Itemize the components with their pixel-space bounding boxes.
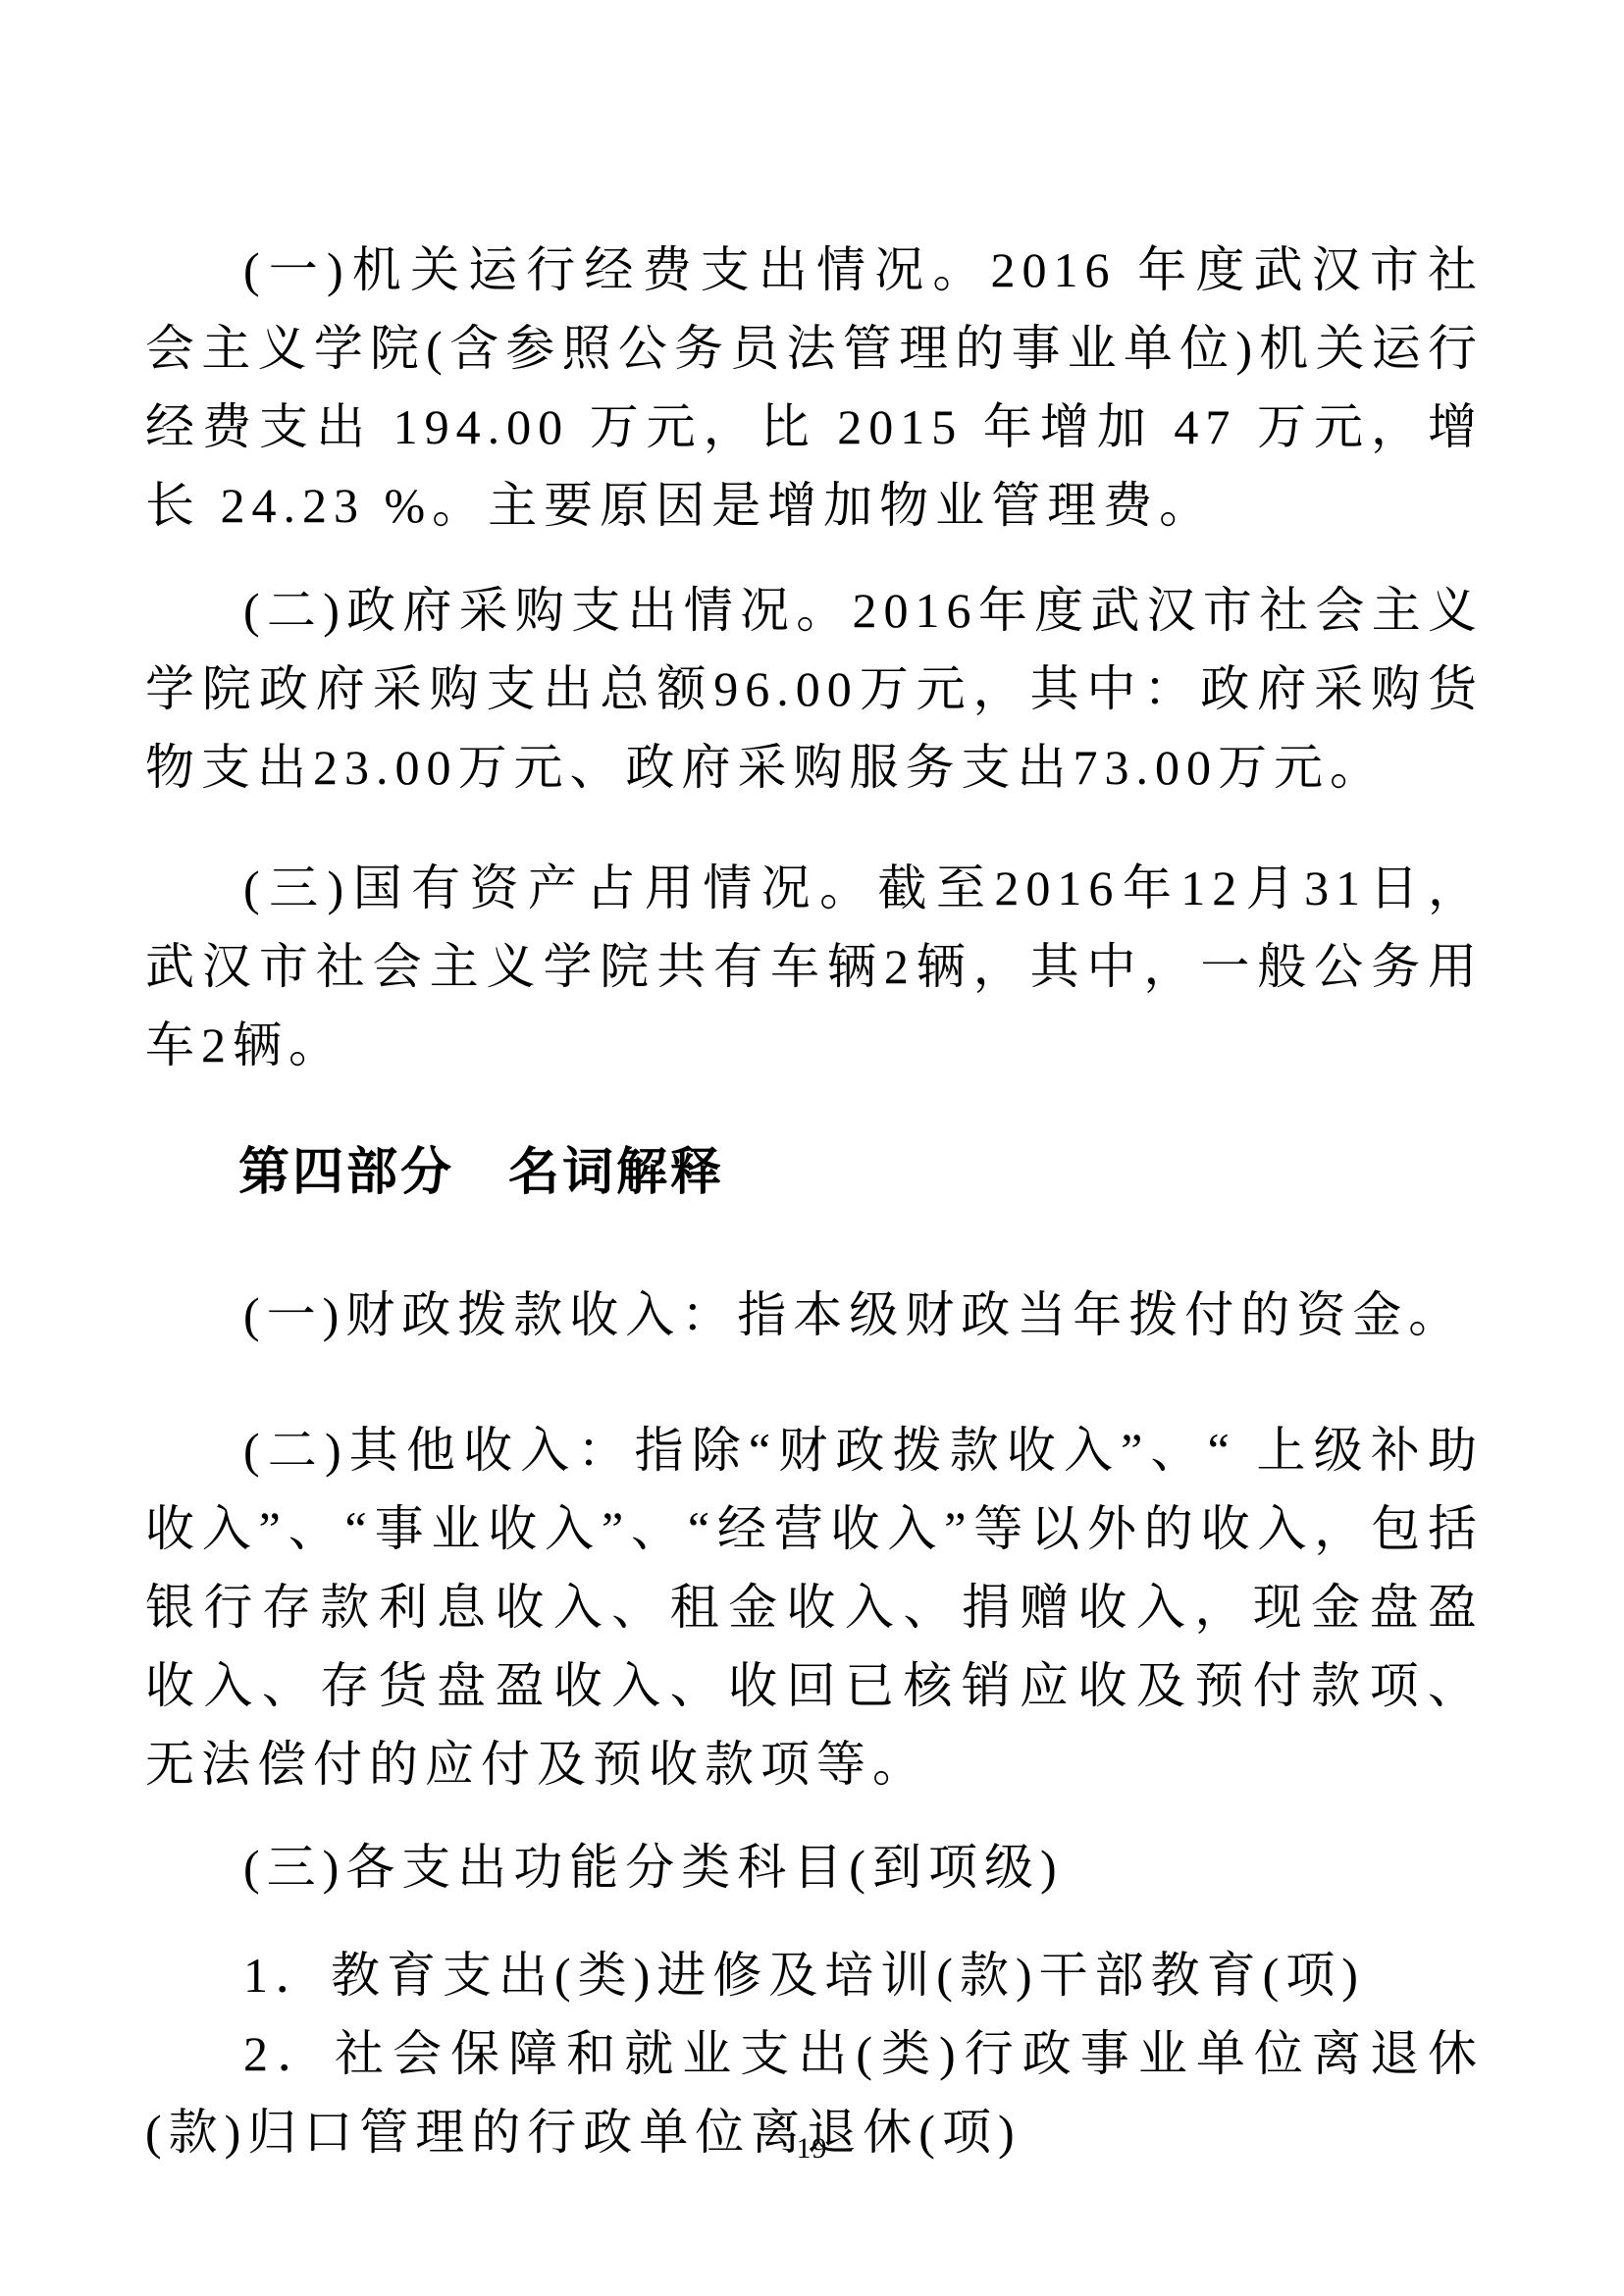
document-page: (一)机关运行经费支出情况。2016 年度武汉市社会主义学院(含参照公务员法管理… bbox=[0, 0, 1624, 2296]
paragraph-government-procurement: (二)政府采购支出情况。2016年度武汉市社会主义学院政府采购支出总额96.00… bbox=[145, 571, 1484, 807]
paragraph-term-expenditure-function-categories: (三)各支出功能分类科目(到项级) bbox=[145, 1828, 1484, 1906]
page-number: 19 bbox=[0, 2129, 1624, 2168]
paragraph-term-other-income: (二)其他收入：指除“财政拨款收入”、“ 上级补助收入”、“事业收入”、“经营收… bbox=[145, 1411, 1484, 1803]
paragraph-state-assets-occupancy: (三)国有资产占用情况。截至2016年12月31日，武汉市社会主义学院共有车辆2… bbox=[145, 849, 1484, 1084]
paragraph-term-fiscal-appropriation-income: (一)财政拨款收入：指本级财政当年拨付的资金。 bbox=[145, 1276, 1484, 1354]
section-heading-part: 第四部分 bbox=[238, 1144, 454, 1201]
list-item-category-education: 1．教育支出(类)进修及培训(款)干部教育(项) bbox=[145, 1936, 1484, 2014]
paragraph-agency-operating-expense: (一)机关运行经费支出情况。2016 年度武汉市社会主义学院(含参照公务员法管理… bbox=[145, 231, 1484, 545]
section-heading: 第四部分名词解释 bbox=[145, 1133, 1484, 1212]
section-heading-title: 名词解释 bbox=[508, 1144, 724, 1201]
